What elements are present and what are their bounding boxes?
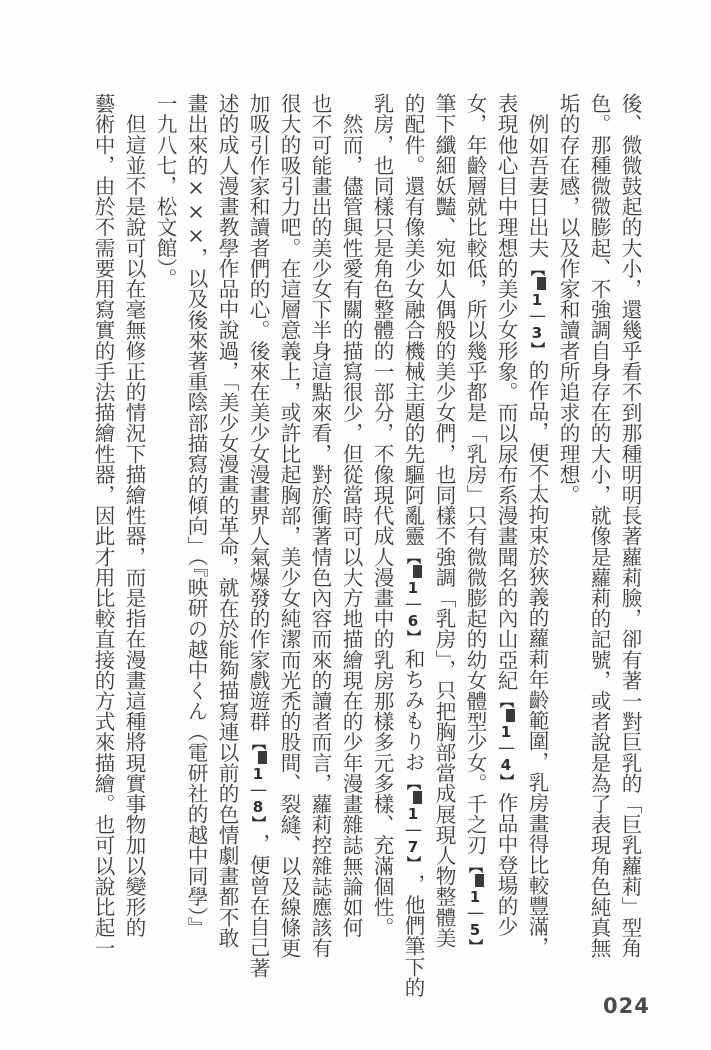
bracket-open: 【 bbox=[529, 262, 544, 276]
text-column: 表現他心目中理想的美少女形象。而以尿布系漫畫聞名的內山亞紀【1｜4】作品中登場的… bbox=[490, 93, 521, 943]
figure-number: 1｜4 bbox=[498, 723, 513, 774]
bracket-close: 】 bbox=[405, 630, 420, 644]
figure-number: 1｜7 bbox=[405, 805, 420, 856]
figure-label-icon bbox=[506, 709, 515, 722]
text-column: 藝術中，由於不需要用寫實的手法描繪性器，因此才用比較直接的方式來描繪。也可以說比… bbox=[87, 93, 118, 943]
figure-number: 1｜5 bbox=[467, 888, 482, 939]
text-column: 但這並不是說可以在毫無修正的情況下描繪性器，而是指在漫畫這種將現實事物加以變形的 bbox=[118, 93, 149, 943]
text-run: 一九八七，松文館）。 bbox=[153, 93, 177, 289]
figure-number: 1｜8 bbox=[250, 765, 265, 816]
figure-label-icon bbox=[475, 874, 484, 887]
bracket-open: 【 bbox=[250, 736, 265, 750]
text-column: 色。那種微微膨起、不強調自身存在的大小，就像是蘿莉的記號，或者說是為了表現角色純… bbox=[583, 93, 614, 943]
bracket-close: 】 bbox=[467, 939, 482, 953]
text-column: 一九八七，松文館）。 bbox=[149, 93, 180, 943]
text-run: 作品中登場的少 bbox=[494, 792, 518, 936]
figure-reference: 【1｜7】 bbox=[405, 776, 422, 870]
text-column: 女，年齡層就比較低，所以幾乎都是「乳房」只有微微膨起的幼女體型少女。千之刃【1｜… bbox=[459, 93, 490, 943]
figure-reference: 【1｜8】 bbox=[250, 736, 267, 830]
text-run: 乳房，也同樣只是角色整體的一部分，不像現代成人漫畫中的乳房那樣多元多樣、充滿個性… bbox=[370, 93, 394, 938]
text-column: 述的成人漫畫教學作品中說過，「美少女漫畫的革命，就在於能夠描寫連以前的色情劇畫都… bbox=[211, 93, 242, 943]
text-run: 的配件。還有像美少女融合機械主題的先驅阿亂靈 bbox=[401, 93, 425, 546]
text-column: 後、微微鼓起的大小，還幾乎看不到那種明明長著蘿莉臉，卻有著一對巨乳的「巨乳蘿莉」… bbox=[614, 93, 645, 943]
text-column: 例如吾妻日出夫【1｜3】的作品，便不太拘束於狹義的蘿莉年齡範圍，乳房畫得比較豐滿… bbox=[521, 93, 552, 943]
text-run: 筆下纖細妖豔、宛如人偶般的美少女們，也同樣不強調「乳房」，只把胸部當成展現人物整… bbox=[432, 93, 456, 948]
text-run: 的作品，便不太拘束於狹義的蘿莉年齡範圍，乳房畫得比較豐滿， bbox=[525, 360, 549, 957]
text-run: 表現他心目中理想的美少女形象。而以尿布系漫畫聞名的內山亞紀 bbox=[494, 93, 518, 690]
text-run: ，他們筆下的 bbox=[401, 874, 425, 998]
text-column: 也不可能畫出的美少女下半身這點來看，對於衝著情色內容而來的讀者而言，蘿莉控雜誌應… bbox=[304, 93, 335, 943]
bracket-open: 【 bbox=[467, 859, 482, 873]
figure-label-icon bbox=[537, 277, 546, 290]
figure-label-icon bbox=[413, 565, 422, 578]
text-column: 加吸引作家和讀者們的心。後來在美少女漫畫界人氣爆發的作家戲遊群【1｜8】，便曾在… bbox=[242, 93, 273, 943]
figure-reference: 【1｜4】 bbox=[498, 694, 515, 788]
figure-reference: 【1｜6】 bbox=[405, 550, 422, 644]
text-column: 乳房，也同樣只是角色整體的一部分，不像現代成人漫畫中的乳房那樣多元多樣、充滿個性… bbox=[366, 93, 397, 943]
text-column: 筆下纖細妖豔、宛如人偶般的美少女們，也同樣不強調「乳房」，只把胸部當成展現人物整… bbox=[428, 93, 459, 943]
text-run: 垢的存在感，以及作家和讀者所追求的理想。 bbox=[556, 93, 580, 505]
text-run: 然而，儘管與性愛有關的描寫很少，但從當時可以大方地描繪現在的少年漫畫雜誌無論如何 bbox=[339, 114, 363, 938]
text-run: 述的成人漫畫教學作品中說過，「美少女漫畫的革命，就在於能夠描寫連以前的色情劇畫都… bbox=[215, 93, 239, 948]
text-column: 然而，儘管與性愛有關的描寫很少，但從當時可以大方地描繪現在的少年漫畫雜誌無論如何 bbox=[335, 93, 366, 943]
text-column: 畫出來的×××，以及後來著重陰部描寫的傾向」（『映研の越中くん（電研社的越中同學… bbox=[180, 93, 211, 943]
bracket-close: 】 bbox=[498, 774, 513, 788]
figure-number: 1｜6 bbox=[405, 579, 420, 630]
text-run: 藝術中，由於不需要用寫實的手法描繪性器，因此才用比較直接的方式來描繪。也可以說比… bbox=[91, 93, 115, 958]
bracket-open: 【 bbox=[498, 694, 513, 708]
text-run: ，便曾在自己著 bbox=[246, 834, 270, 978]
bracket-close: 】 bbox=[529, 342, 544, 356]
body-text-vertical: 後、微微鼓起的大小，還幾乎看不到那種明明長著蘿莉臉，卻有著一對巨乳的「巨乳蘿莉」… bbox=[87, 93, 645, 943]
text-run: 很大的吸引力吧。在這層意義上，或許比起胸部，美少女純潔而光禿的股間、裂縫、以及線… bbox=[277, 93, 301, 958]
bracket-close: 】 bbox=[405, 856, 420, 870]
text-run: 色。那種微微膨起、不強調自身存在的大小，就像是蘿莉的記號，或者說是為了表現角色純… bbox=[587, 93, 611, 958]
text-column: 的配件。還有像美少女融合機械主題的先驅阿亂靈【1｜6】和ちみもりお【1｜7】，他… bbox=[397, 93, 428, 943]
bracket-open: 【 bbox=[405, 550, 420, 564]
bracket-open: 【 bbox=[405, 776, 420, 790]
text-run: 後、微微鼓起的大小，還幾乎看不到那種明明長著蘿莉臉，卻有著一對巨乳的「巨乳蘿莉」… bbox=[618, 93, 642, 958]
figure-label-icon bbox=[413, 791, 422, 804]
figure-label-icon bbox=[258, 751, 267, 764]
figure-reference: 【1｜3】 bbox=[529, 262, 546, 356]
page-number: 024 bbox=[603, 994, 650, 1018]
text-run: 例如吾妻日出夫 bbox=[525, 114, 549, 258]
text-run: 但這並不是說可以在毫無修正的情況下描繪性器，而是指在漫畫這種將現實事物加以變形的 bbox=[122, 114, 146, 938]
book-page: 後、微微鼓起的大小，還幾乎看不到那種明明長著蘿莉臉，卻有著一對巨乳的「巨乳蘿莉」… bbox=[0, 0, 711, 1050]
figure-reference: 【1｜5】 bbox=[467, 859, 484, 953]
bracket-close: 】 bbox=[250, 816, 265, 830]
text-column: 垢的存在感，以及作家和讀者所追求的理想。 bbox=[552, 93, 583, 943]
text-column: 很大的吸引力吧。在這層意義上，或許比起胸部，美少女純潔而光禿的股間、裂縫、以及線… bbox=[273, 93, 304, 943]
text-run: 加吸引作家和讀者們的心。後來在美少女漫畫界人氣爆發的作家戲遊群 bbox=[246, 93, 270, 732]
text-run: 畫出來的×××，以及後來著重陰部描寫的傾向」（『映研の越中くん（電研社的越中同學… bbox=[184, 93, 208, 938]
text-run: 和ちみもりお bbox=[401, 648, 425, 772]
figure-number: 1｜3 bbox=[529, 291, 544, 342]
text-run: 也不可能畫出的美少女下半身這點來看，對於衝著情色內容而來的讀者而言，蘿莉控雜誌應… bbox=[308, 93, 332, 958]
text-run: 女，年齡層就比較低，所以幾乎都是「乳房」只有微微膨起的幼女體型少女。千之刃 bbox=[463, 93, 487, 855]
